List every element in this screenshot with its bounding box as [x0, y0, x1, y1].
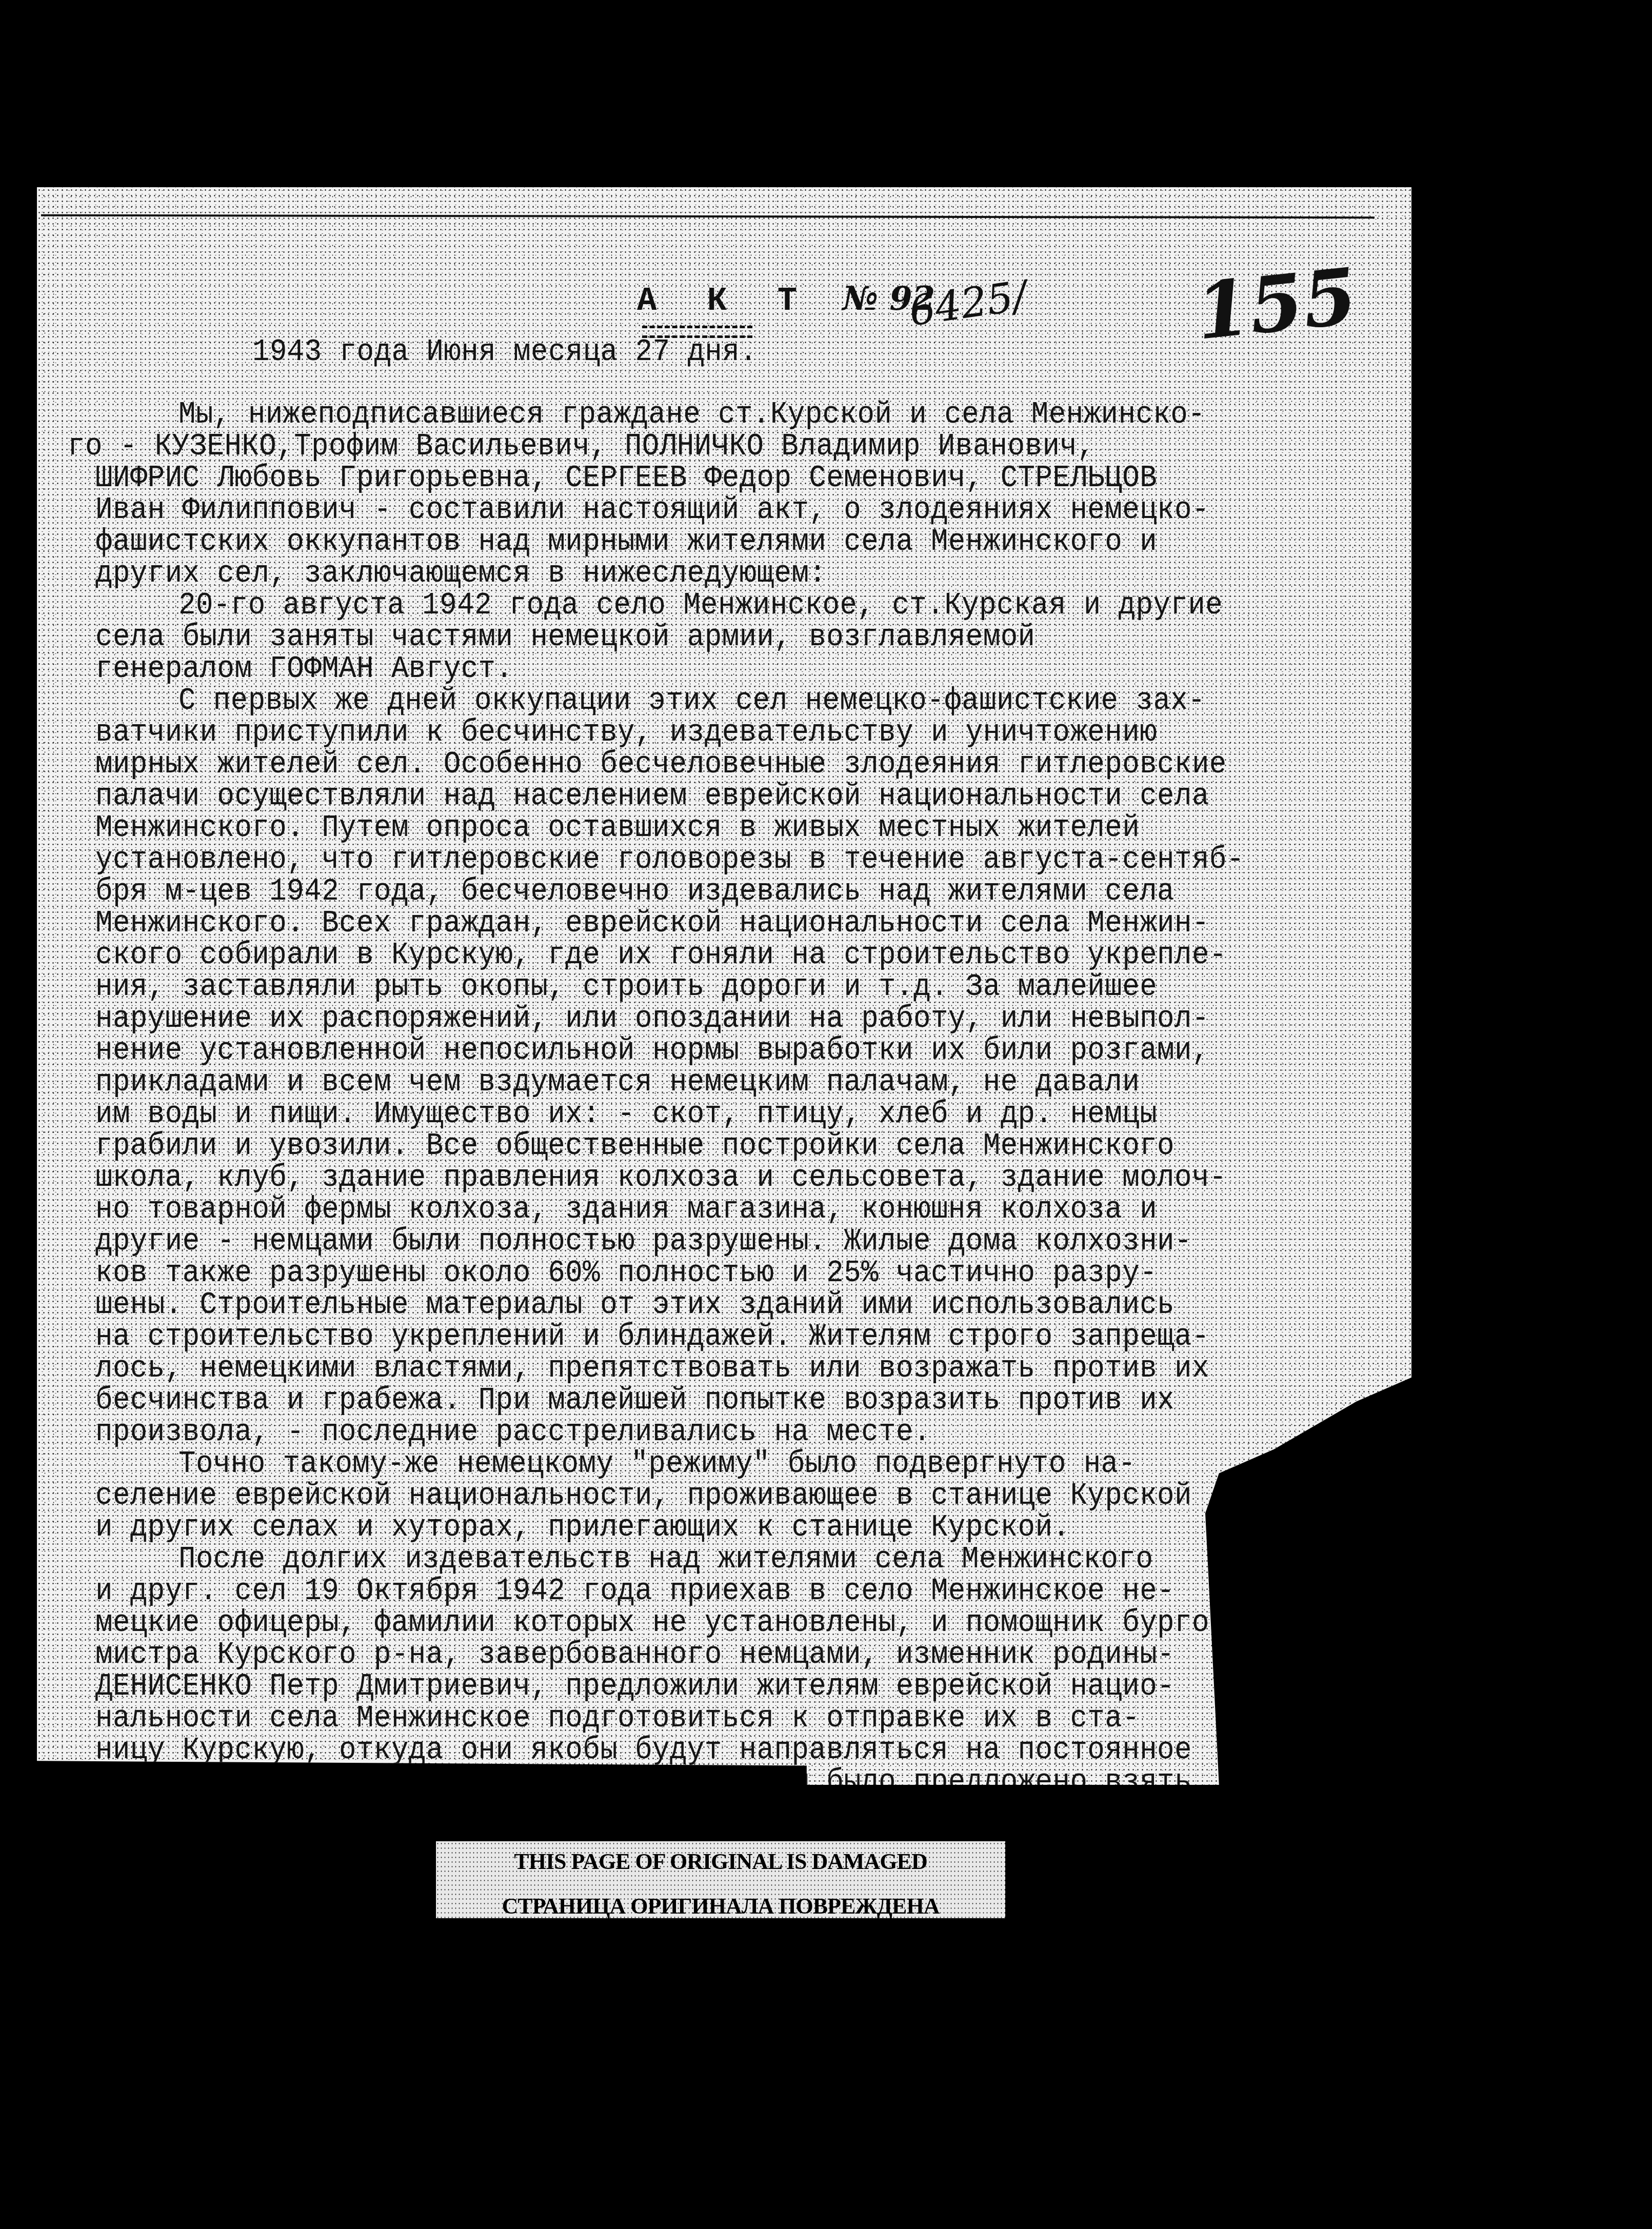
text-line: ватчики приступили к бесчинству, издеват… — [68, 717, 1277, 748]
text-line: ШИФРИС Любовь Григорьевна, СЕРГЕЕВ Федор… — [68, 462, 1277, 494]
text-line: ДЕНИСЕНКО Петр Дмитриевич, предложили жи… — [68, 1670, 1277, 1702]
text-line: установлено, что гитлеровские головорезы… — [68, 844, 1277, 875]
text-line: нарушение их распоряжений, или опоздании… — [68, 1003, 1277, 1034]
text-line: и других селах и хуторах, прилегающих к … — [68, 1511, 1277, 1543]
text-line: Иван Филиппович - составили настоящий ак… — [68, 494, 1277, 526]
text-line: го - КУЗЕНКО,Трофим Васильевич, ПОЛНИЧКО… — [68, 430, 1277, 462]
text-line: мирных жителей сел. Особенно бесчеловечн… — [68, 748, 1277, 780]
text-line: ницу Курскую, откуда они якобы будут нап… — [68, 1734, 1277, 1766]
text-line: отправки их в гор. Кисловодск на постоян… — [68, 2147, 1277, 2179]
text-line: нальности села Менжинское подготовиться … — [68, 1702, 1277, 1734]
text-line: ского собирали в Курскую, где их гоняли … — [68, 939, 1277, 971]
text-line: Точно такому-же немецкому "режиму" было … — [68, 1448, 1277, 1480]
document-header: А К Т № 92 6425/ 155 — [37, 259, 1411, 336]
text-line: ния, заставляли рыть окопы, строить доро… — [68, 971, 1277, 1003]
text-line: мистра Курского р-на, завербованного нем… — [68, 1639, 1277, 1670]
text-line: прикладами и всем чем вздумается немецки… — [68, 1066, 1277, 1098]
text-line: вещей и продукты питания и явиться к зда… — [68, 2116, 1277, 2147]
act-title: А К Т № 92 — [637, 280, 935, 320]
text-line: место жительства в гор.Кисловодск. Приче… — [68, 1766, 1277, 1798]
text-line: и друг. сел 19 Октября 1942 года приехав… — [68, 1575, 1277, 1607]
text-line: школа, клуб, здание правления колхоза и … — [68, 1162, 1277, 1193]
text-line: Менжинского. Путем опроса оставшихся в ж… — [68, 812, 1277, 844]
fold-line — [41, 214, 1375, 219]
text-line: но товарной фермы колхоза, здания магази… — [68, 1193, 1277, 1225]
text-line: Мы, нижеподписавшиеся граждане ст.Курско… — [68, 399, 1277, 430]
text-line: фашистских оккупантов над мирными жителя… — [68, 526, 1277, 558]
text-line: палачи осуществляли над населением еврей… — [68, 780, 1277, 812]
text-line: также было предложено взять с собой 32 к… — [68, 2084, 1277, 2116]
text-line: они были посажены на подводы и отправлен… — [68, 1957, 1277, 1988]
text-line: на строительство укреплений и блиндажей.… — [68, 1321, 1277, 1352]
text-line: нение установленной непосильной нормы вы… — [68, 1034, 1277, 1066]
text-line: грабили и увозили. Все общественные пост… — [68, 1130, 1277, 1162]
text-line: С первых же дней оккупации этих сел неме… — [68, 685, 1277, 717]
text-line: сти: мужчины, женщины, старики, старухи … — [68, 1925, 1277, 1957]
text-line: ков также разрушены около 60% полностью … — [68, 1257, 1277, 1289]
text-line: 20-го августа 1942 года село Менжинское,… — [68, 589, 1277, 621]
text-line: После долгих издевательств над жителями … — [68, 1543, 1277, 1575]
damage-notice-label: THIS PAGE OF ORIGINAL IS DAMAGED СТРАНИЦ… — [436, 1841, 1005, 1918]
text-line: других сел, заключающемся в нижеследующе… — [68, 558, 1277, 589]
text-line: бря м-цев 1942 года, бесчеловечно издева… — [68, 875, 1277, 907]
text-line: населения, еврейской национальности, из … — [68, 2020, 1277, 2052]
damage-notice-russian: СТРАНИЦА ОРИГИНАЛА ПОВРЕЖДЕНА — [436, 1893, 1005, 1919]
text-line: селение еврейской национальности, прожив… — [68, 1480, 1277, 1511]
damage-notice-english: THIS PAGE OF ORIGINAL IS DAMAGED — [436, 1848, 1005, 1875]
text-line: шены. Строительные материалы от этих зда… — [68, 1289, 1277, 1321]
date-line: 1943 года Июня месяца 27 дня. — [68, 336, 1277, 368]
act-title-text: А К Т — [637, 283, 812, 320]
text-line: генералом ГОФМАН Август. — [68, 653, 1277, 685]
text-line: села были заняты частями немецкой армии,… — [68, 621, 1277, 653]
text-line: Менжинского. Всех граждан, еврейской нац… — [68, 907, 1277, 939]
text-line: другие - немцами были полностью разрушен… — [68, 1225, 1277, 1257]
text-line: им воды и пищи. Имущество их: - скот, пт… — [68, 1098, 1277, 1130]
text-line: других сел и хуторов, прилегающих к стан… — [68, 2052, 1277, 2084]
text-line: произвола, - последние расстреливались н… — [68, 1416, 1277, 1448]
text-line: с собой по 40 кгр. лучших вещей и продук… — [68, 1798, 1277, 1829]
text-line: лось, немецкими властями, препятствовать… — [68, 1352, 1277, 1384]
text-line: мецкие офицеры, фамилии которых не устан… — [68, 1607, 1277, 1639]
text-line: К этому же времени в станице Курской был… — [68, 1988, 1277, 2020]
text-line: бесчинства и грабежа. При малейшей попыт… — [68, 1384, 1277, 1416]
document-page: А К Т № 92 6425/ 155 1943 года Июня меся… — [37, 187, 1411, 1785]
